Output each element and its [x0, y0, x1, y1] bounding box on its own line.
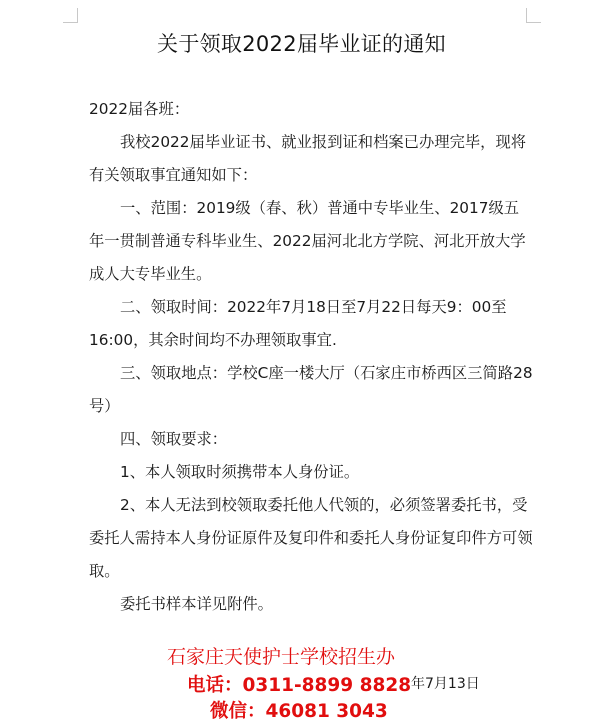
document-date: 年7月13日	[411, 673, 480, 693]
overlay-wechat: 微信：46081 3043	[210, 697, 388, 723]
paragraph-time: 二、领取时间：2022年7月18日至7月22日每天9：00至16:00，其余时间…	[89, 291, 534, 357]
paragraph-requirements-heading: 四、领取要求：	[89, 423, 534, 456]
paragraph-intro: 我校2022届毕业证书、就业报到证和档案已办理完毕，现将有关领取事宜通知如下：	[89, 126, 534, 192]
page-corner-mark-right	[526, 8, 541, 23]
page-corner-mark-left	[63, 8, 78, 23]
paragraph-requirement-1: 1、本人领取时须携带本人身份证。	[89, 456, 534, 489]
paragraph-scope: 一、范围：2019级（春、秋）普通中专毕业生、2017级五年一贯制普通专科毕业生…	[89, 192, 534, 291]
overlay-school-name: 石家庄天使护士学校招生办	[167, 642, 395, 669]
salutation: 2022届各班：	[89, 93, 534, 126]
document-title: 关于领取2022届毕业证的通知	[0, 28, 603, 58]
paragraph-requirement-2: 2、本人无法到校领取委托他人代领的，必须签署委托书，受委托人需持本人身份证原件及…	[89, 489, 534, 588]
document-body: 2022届各班： 我校2022届毕业证书、就业报到证和档案已办理完毕，现将有关领…	[89, 93, 534, 621]
overlay-phone: 电话：0311-8899 8828	[187, 671, 411, 697]
paragraph-location: 三、领取地点：学校C座一楼大厅（石家庄市桥西区三简路28号）	[89, 357, 534, 423]
paragraph-attachment-note: 委托书样本详见附件。	[89, 588, 534, 621]
